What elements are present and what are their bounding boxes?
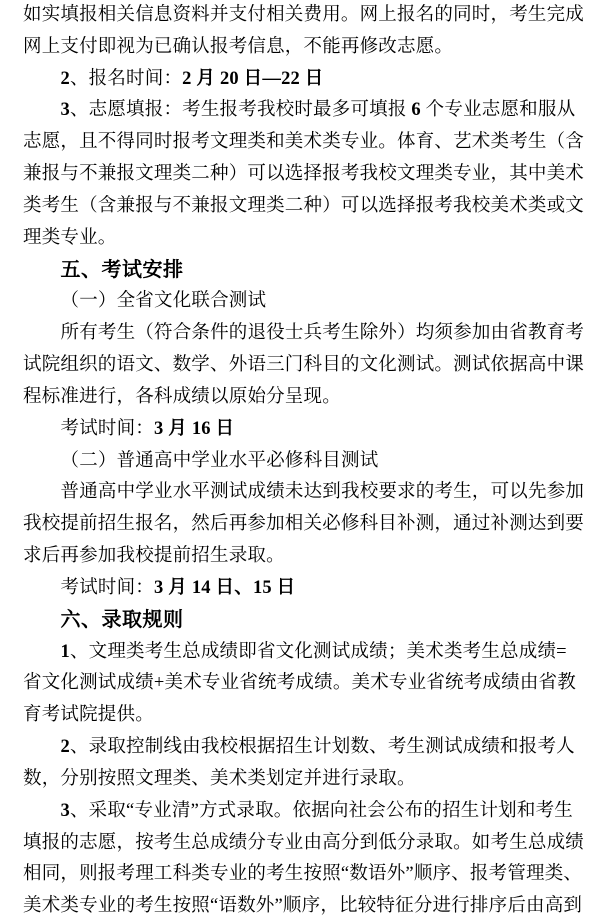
text-run: 理类专业。 <box>23 228 117 248</box>
text-run: 志愿，且不得同时报考文理类和美术类专业。体育、艺术类考生（含 <box>23 132 584 152</box>
text-line: 网上支付即视为已确认报考信息，不能再修改志愿。 <box>23 32 588 64</box>
text-line: 志愿，且不得同时报考文理类和美术类专业。体育、艺术类考生（含 <box>23 127 588 159</box>
text-run: 程标准进行，各科成绩以原始分呈现。 <box>23 387 341 407</box>
text-run: 个专业志愿和服从 <box>421 100 575 120</box>
text-run: （一）全省文化联合测试 <box>61 291 267 311</box>
text-line: 兼报与不兼报文理类二种）可以选择报考我校文理类专业，其中美术 <box>23 159 588 191</box>
text-run: 、录取控制线由我校根据招生计划数、考生测试成绩和报考人 <box>70 737 575 757</box>
text-run: 美术类专业的考生按照“语数外”顺序，比较特征分进行排序后由高到 <box>23 896 582 916</box>
text-run: 网上支付即视为已确认报考信息，不能再修改志愿。 <box>23 37 453 57</box>
bold-text-run: 六、录取规则 <box>61 609 184 631</box>
text-run: 、文理类考生总成绩即省文化测试成绩；美术类考生总成绩= <box>70 642 567 662</box>
bold-text-run: 2 月 20 日—22 日 <box>182 69 323 89</box>
text-run: 数，分别按照文理类、美术类划定并进行录取。 <box>23 769 416 789</box>
bold-text-run: 6 <box>411 100 420 120</box>
text-line: 求后再参加我校提前招生录取。 <box>23 541 588 573</box>
text-line: 试院组织的语文、数学、外语三门科目的文化测试。测试依据高中课 <box>23 350 588 382</box>
text-run: 我校提前招生报名，然后再参加相关必修科目补测，通过补测达到要 <box>23 514 584 534</box>
text-run: 求后再参加我校提前招生录取。 <box>23 546 285 566</box>
document-page: 如实填报相关信息资料并支付相关费用。网上报名的同时，考生完成网上支付即视为已确认… <box>0 0 602 923</box>
text-line: 我校提前招生报名，然后再参加相关必修科目补测，通过补测达到要 <box>23 509 588 541</box>
text-run: 普通高中学业水平测试成绩未达到我校要求的考生，可以先参加 <box>61 482 585 502</box>
text-line: 1、文理类考生总成绩即省文化测试成绩；美术类考生总成绩= <box>23 637 588 669</box>
text-line: 3、志愿填报：考生报考我校时最多可填报 6 个专业志愿和服从 <box>23 95 588 127</box>
text-run: 如实填报相关信息资料并支付相关费用。网上报名的同时，考生完成 <box>23 5 584 25</box>
text-line: 填报的志愿，按考生总成绩分专业由高分到低分录取。如考生总成绩 <box>23 828 588 860</box>
section-heading: 五、考试安排 <box>23 255 588 287</box>
bold-text-run: 3 月 14 日、15 日 <box>154 578 295 598</box>
text-line: 程标准进行，各科成绩以原始分呈现。 <box>23 382 588 414</box>
text-line: 所有考生（符合条件的退役士兵考生除外）均须参加由省教育考 <box>23 318 588 350</box>
text-run: 、报名时间： <box>70 69 182 89</box>
text-run: 试院组织的语文、数学、外语三门科目的文化测试。测试依据高中课 <box>23 355 584 375</box>
text-line: 育考试院提供。 <box>23 700 588 732</box>
text-run: 、志愿填报：考生报考我校时最多可填报 <box>70 100 411 120</box>
section-heading: 六、录取规则 <box>23 605 588 637</box>
text-run: 省文化测试成绩+美术专业省统考成绩。美术专业省统考成绩由省教 <box>23 673 576 693</box>
text-line: 数，分别按照文理类、美术类划定并进行录取。 <box>23 764 588 796</box>
text-line: （二）普通高中学业水平必修科目测试 <box>23 446 588 478</box>
text-line: 相同，则报考理工科类专业的考生按照“数语外”顺序、报考管理类、 <box>23 859 588 891</box>
text-line: 如实填报相关信息资料并支付相关费用。网上报名的同时，考生完成 <box>23 0 588 32</box>
text-run: 考试时间： <box>61 419 155 439</box>
text-run: 、采取“专业清”方式录取。依据向社会公布的招生计划和考生 <box>70 801 573 821</box>
text-run: 相同，则报考理工科类专业的考生按照“数语外”顺序、报考管理类、 <box>23 864 582 884</box>
text-line: 省文化测试成绩+美术专业省统考成绩。美术专业省统考成绩由省教 <box>23 668 588 700</box>
text-run: 填报的志愿，按考生总成绩分专业由高分到低分录取。如考生总成绩 <box>23 833 584 853</box>
text-run: 所有考生（符合条件的退役士兵考生除外）均须参加由省教育考 <box>61 323 585 343</box>
text-line: （一）全省文化联合测试 <box>23 286 588 318</box>
text-line: 3、采取“专业清”方式录取。依据向社会公布的招生计划和考生 <box>23 796 588 828</box>
text-run: 考试时间： <box>61 578 155 598</box>
bold-text-run: 3 <box>61 100 70 120</box>
text-run: 类考生（含兼报与不兼报文理类二种）可以选择报考我校美术类或文 <box>23 196 584 216</box>
text-run: （二）普通高中学业水平必修科目测试 <box>61 451 379 471</box>
bold-text-run: 3 月 16 日 <box>154 419 234 439</box>
text-line: 类考生（含兼报与不兼报文理类二种）可以选择报考我校美术类或文 <box>23 191 588 223</box>
bold-text-run: 1 <box>61 642 70 662</box>
text-line: 理类专业。 <box>23 223 588 255</box>
document-body: 如实填报相关信息资料并支付相关费用。网上报名的同时，考生完成网上支付即视为已确认… <box>23 0 588 923</box>
bold-text-run: 2 <box>61 69 70 89</box>
text-run: 兼报与不兼报文理类二种）可以选择报考我校文理类专业，其中美术 <box>23 164 584 184</box>
text-line: 考试时间：3 月 14 日、15 日 <box>23 573 588 605</box>
bold-text-run: 3 <box>61 801 70 821</box>
text-line: 普通高中学业水平测试成绩未达到我校要求的考生，可以先参加 <box>23 477 588 509</box>
bold-text-run: 2 <box>61 737 70 757</box>
text-line: 2、录取控制线由我校根据招生计划数、考生测试成绩和报考人 <box>23 732 588 764</box>
text-run: 育考试院提供。 <box>23 705 154 725</box>
bold-text-run: 五、考试安排 <box>61 259 184 281</box>
text-line: 2、报名时间：2 月 20 日—22 日 <box>23 64 588 96</box>
text-line: 美术类专业的考生按照“语数外”顺序，比较特征分进行排序后由高到 <box>23 891 588 923</box>
text-line: 考试时间：3 月 16 日 <box>23 414 588 446</box>
